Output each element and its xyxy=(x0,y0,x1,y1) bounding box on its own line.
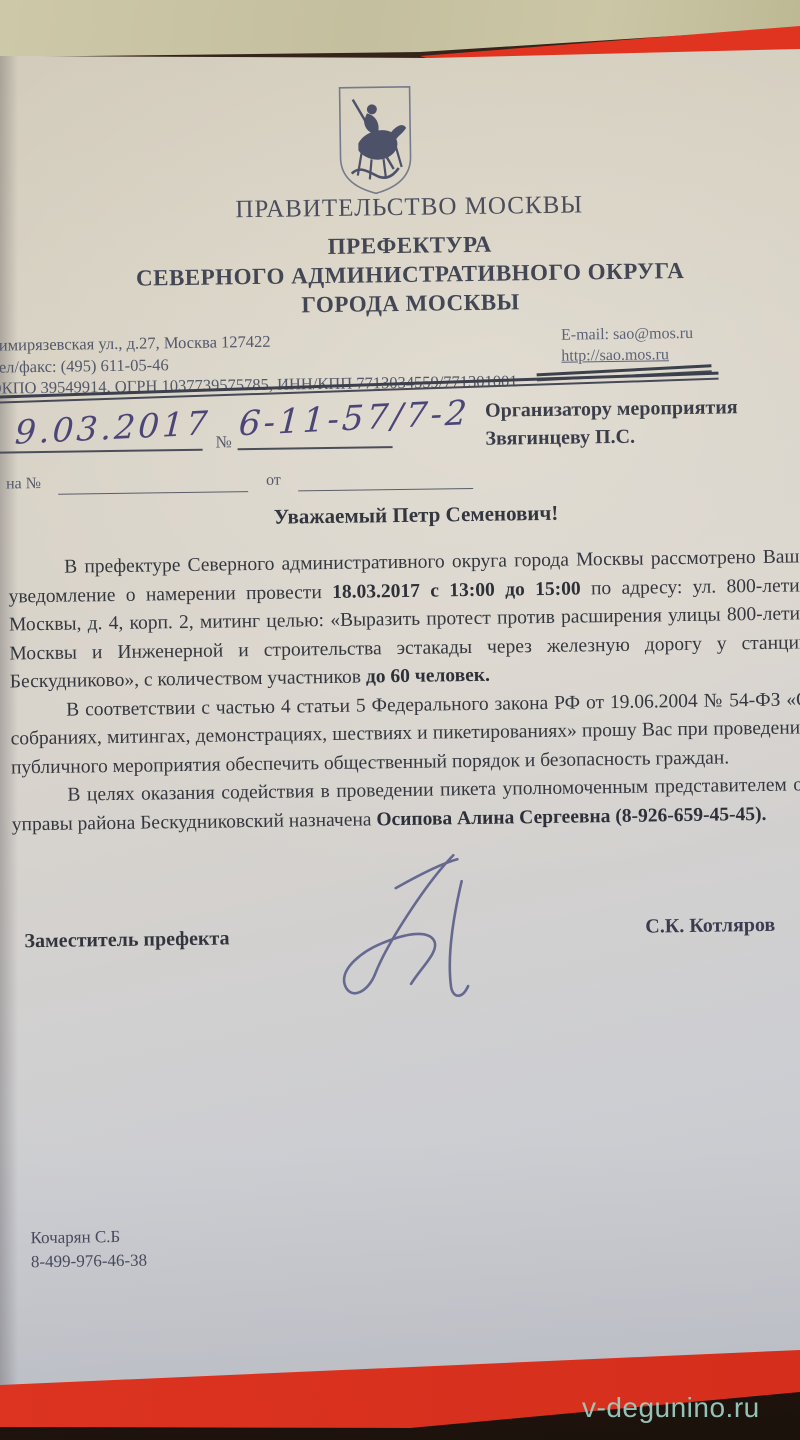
handwritten-date: 9.03.2017 xyxy=(14,403,212,452)
site-watermark: v-degunino.ru xyxy=(582,1392,797,1424)
body-paragraph: В соответствии с частью 4 статьи 5 Федер… xyxy=(10,686,800,783)
moscow-coat-of-arms-icon xyxy=(333,83,419,203)
salutation: Уважаемый Петр Семенович! xyxy=(0,497,800,534)
handwritten-number: 6-11-57/7-2 xyxy=(238,393,471,444)
executor-name: Кочарян С.Б xyxy=(30,1225,146,1251)
body-paragraphs: В префектуре Северного административного… xyxy=(8,543,800,839)
executor-block: Кочарян С.Б 8-499-976-46-38 xyxy=(30,1225,147,1275)
executor-phone: 8-499-976-46-38 xyxy=(31,1249,147,1275)
signature-autograph-icon xyxy=(333,850,515,1017)
photo-of-letter: ПРАВИТЕЛЬСТВО МОСКВЫ ПРЕФЕКТУРА СЕВЕРНОГ… xyxy=(0,0,800,1440)
number-sign: № xyxy=(215,432,232,452)
reply-from-label: от xyxy=(266,472,281,490)
recipient-name: Звягинцеву П.С. xyxy=(485,421,738,453)
org-name-government: ПРАВИТЕЛЬСТВО МОСКВЫ xyxy=(0,188,800,228)
body-paragraph: В целях оказания содействия в проведении… xyxy=(11,771,800,839)
recipient-block: Организатору мероприятия Звягинцеву П.С. xyxy=(485,393,738,453)
website-link: http://sao.mos.ru xyxy=(561,344,693,367)
email-block: E-mail: sao@mos.ru http://sao.mos.ru xyxy=(561,323,694,367)
reply-no-label: на № xyxy=(6,475,41,493)
reply-from-underline xyxy=(298,488,473,491)
recipient-role: Организатору мероприятия xyxy=(485,393,738,425)
number-underline xyxy=(238,446,393,450)
signer-title: Заместитель префекта xyxy=(24,927,229,953)
body-paragraph: В префектуре Северного административного… xyxy=(8,543,800,697)
email-line: E-mail: sao@mos.ru xyxy=(561,323,693,346)
reply-no-underline xyxy=(58,491,248,495)
letter-content: ПРАВИТЕЛЬСТВО МОСКВЫ ПРЕФЕКТУРА СЕВЕРНОГ… xyxy=(0,0,800,1440)
signer-name: С.К. Котляров xyxy=(645,914,775,939)
